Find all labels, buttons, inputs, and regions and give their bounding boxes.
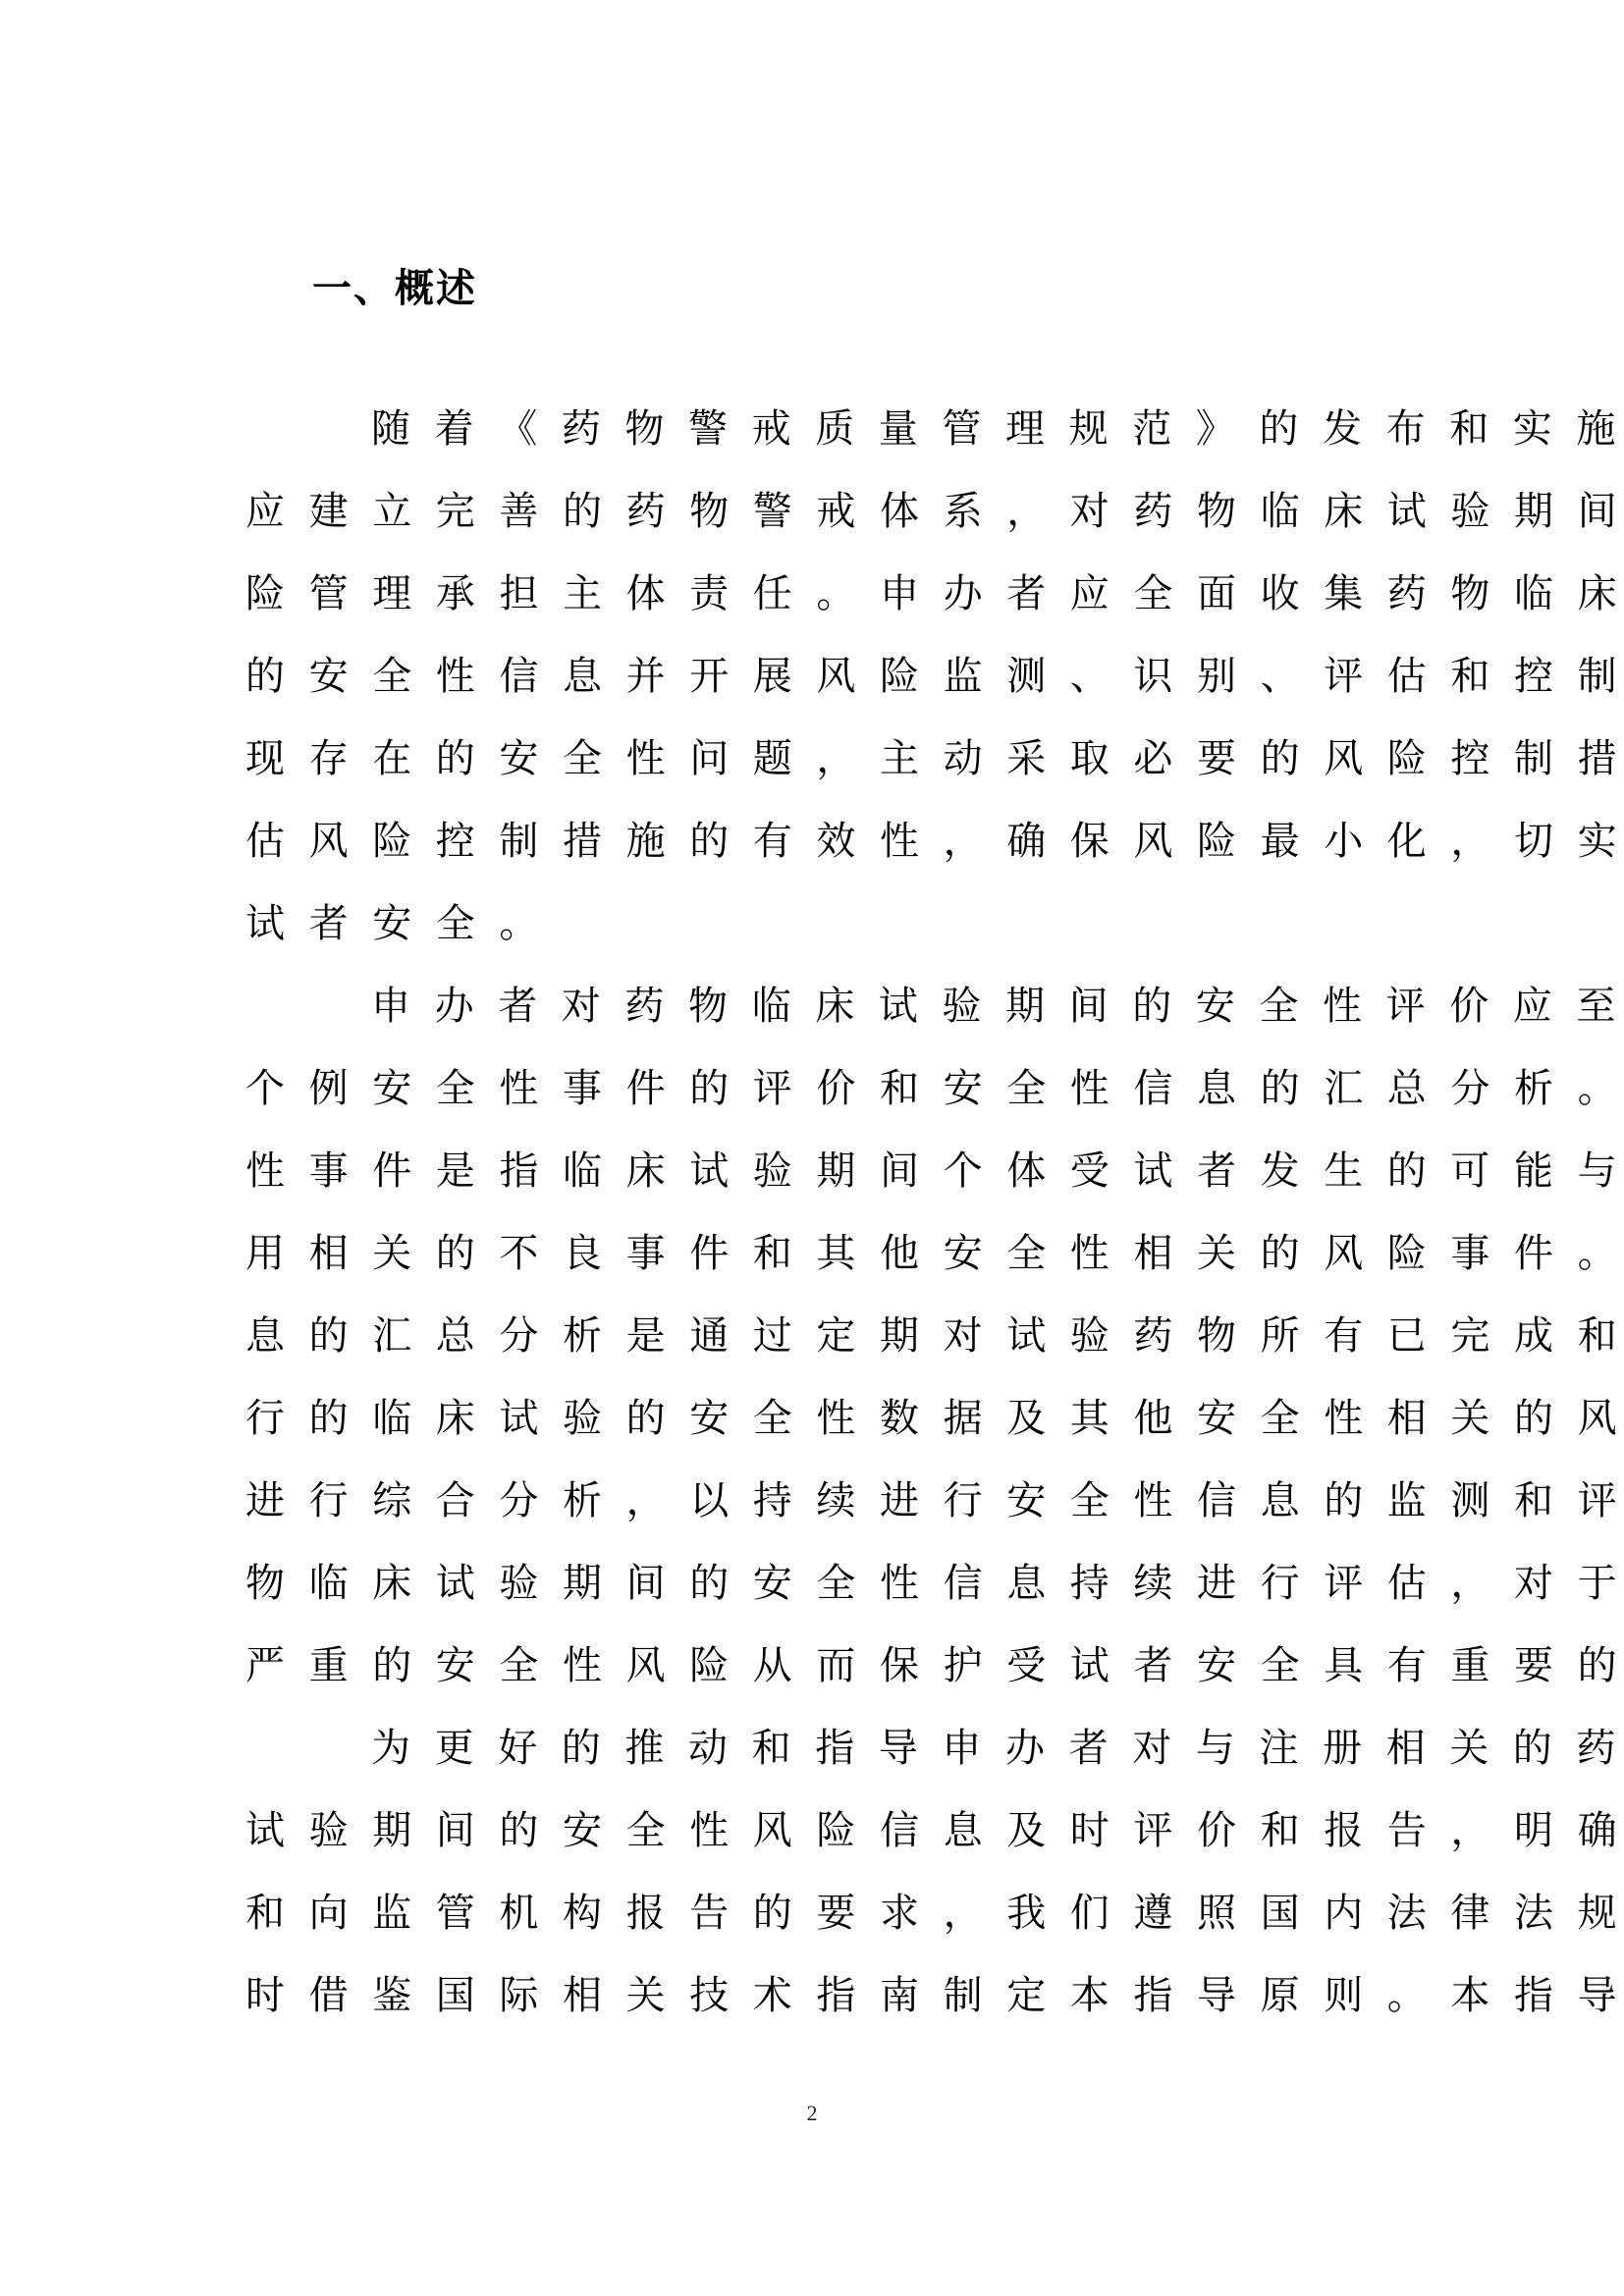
paragraph-1-line-3: 险管理承担主体责任。申办者应全面收集药物临床试验期间 [245,553,1389,635]
paragraph-3-line-4: 时借鉴国际相关技术指南制定本指导原则。本指导原则侧重 [245,1954,1389,2037]
paragraph-3-line-1: 为更好的推动和指导申办者对与注册相关的药物临床 [245,1707,1389,1789]
paragraph-3-line-3: 和向监管机构报告的要求，我们遵照国内法律法规要求，同 [245,1872,1389,1954]
paragraph-2-line-9: 严重的安全性风险从而保护受试者安全具有重要的意义。 [245,1625,1389,1707]
paragraph-2-line-7: 进行综合分析，以持续进行安全性信息的监测和评估。对药 [245,1460,1389,1542]
paragraph-1-line-5: 现存在的安全性问题，主动采取必要的风险控制措施，并评 [245,718,1389,800]
paragraph-1-line-7: 试者安全。 [245,882,1389,965]
paragraph-2-line-6: 行的临床试验的安全性数据及其他安全性相关的风险事件 [245,1377,1389,1460]
paragraph-1-line-6: 估风险控制措施的有效性，确保风险最小化，切实保护好受 [245,800,1389,882]
paragraph-2-line-1: 申办者对药物临床试验期间的安全性评价应至少包括 [245,965,1389,1047]
paragraph-1-line-1: 随着《药物警戒质量管理规范》的发布和实施，申办者 [245,388,1389,470]
body-text: 随着《药物警戒质量管理规范》的发布和实施，申办者 应建立完善的药物警戒体系，对药… [245,388,1389,2037]
paragraph-2-line-3: 性事件是指临床试验期间个体受试者发生的可能与药物作 [245,1130,1389,1212]
paragraph-2-line-2: 个例安全性事件的评价和安全性信息的汇总分析。个例安全 [245,1047,1389,1130]
paragraph-1-line-4: 的安全性信息并开展风险监测、识别、评估和控制，及时发 [245,635,1389,718]
document-page: 一、概述 随着《药物警戒质量管理规范》的发布和实施，申办者 应建立完善的药物警戒… [0,0,1624,2296]
page-number: 2 [0,2101,1624,2126]
paragraph-1-line-2: 应建立完善的药物警戒体系，对药物临床试验期间的安全风 [245,470,1389,553]
paragraph-2-line-5: 息的汇总分析是通过定期对试验药物所有已完成和正在进 [245,1295,1389,1377]
paragraph-2-line-8: 物临床试验期间的安全性信息持续进行评估，对于及早发现 [245,1542,1389,1625]
section-heading: 一、概述 [312,257,477,320]
paragraph-2-line-4: 用相关的不良事件和其他安全性相关的风险事件。安全性信 [245,1212,1389,1295]
paragraph-3-line-2: 试验期间的安全性风险信息及时评价和报告，明确评价方法 [245,1789,1389,1872]
